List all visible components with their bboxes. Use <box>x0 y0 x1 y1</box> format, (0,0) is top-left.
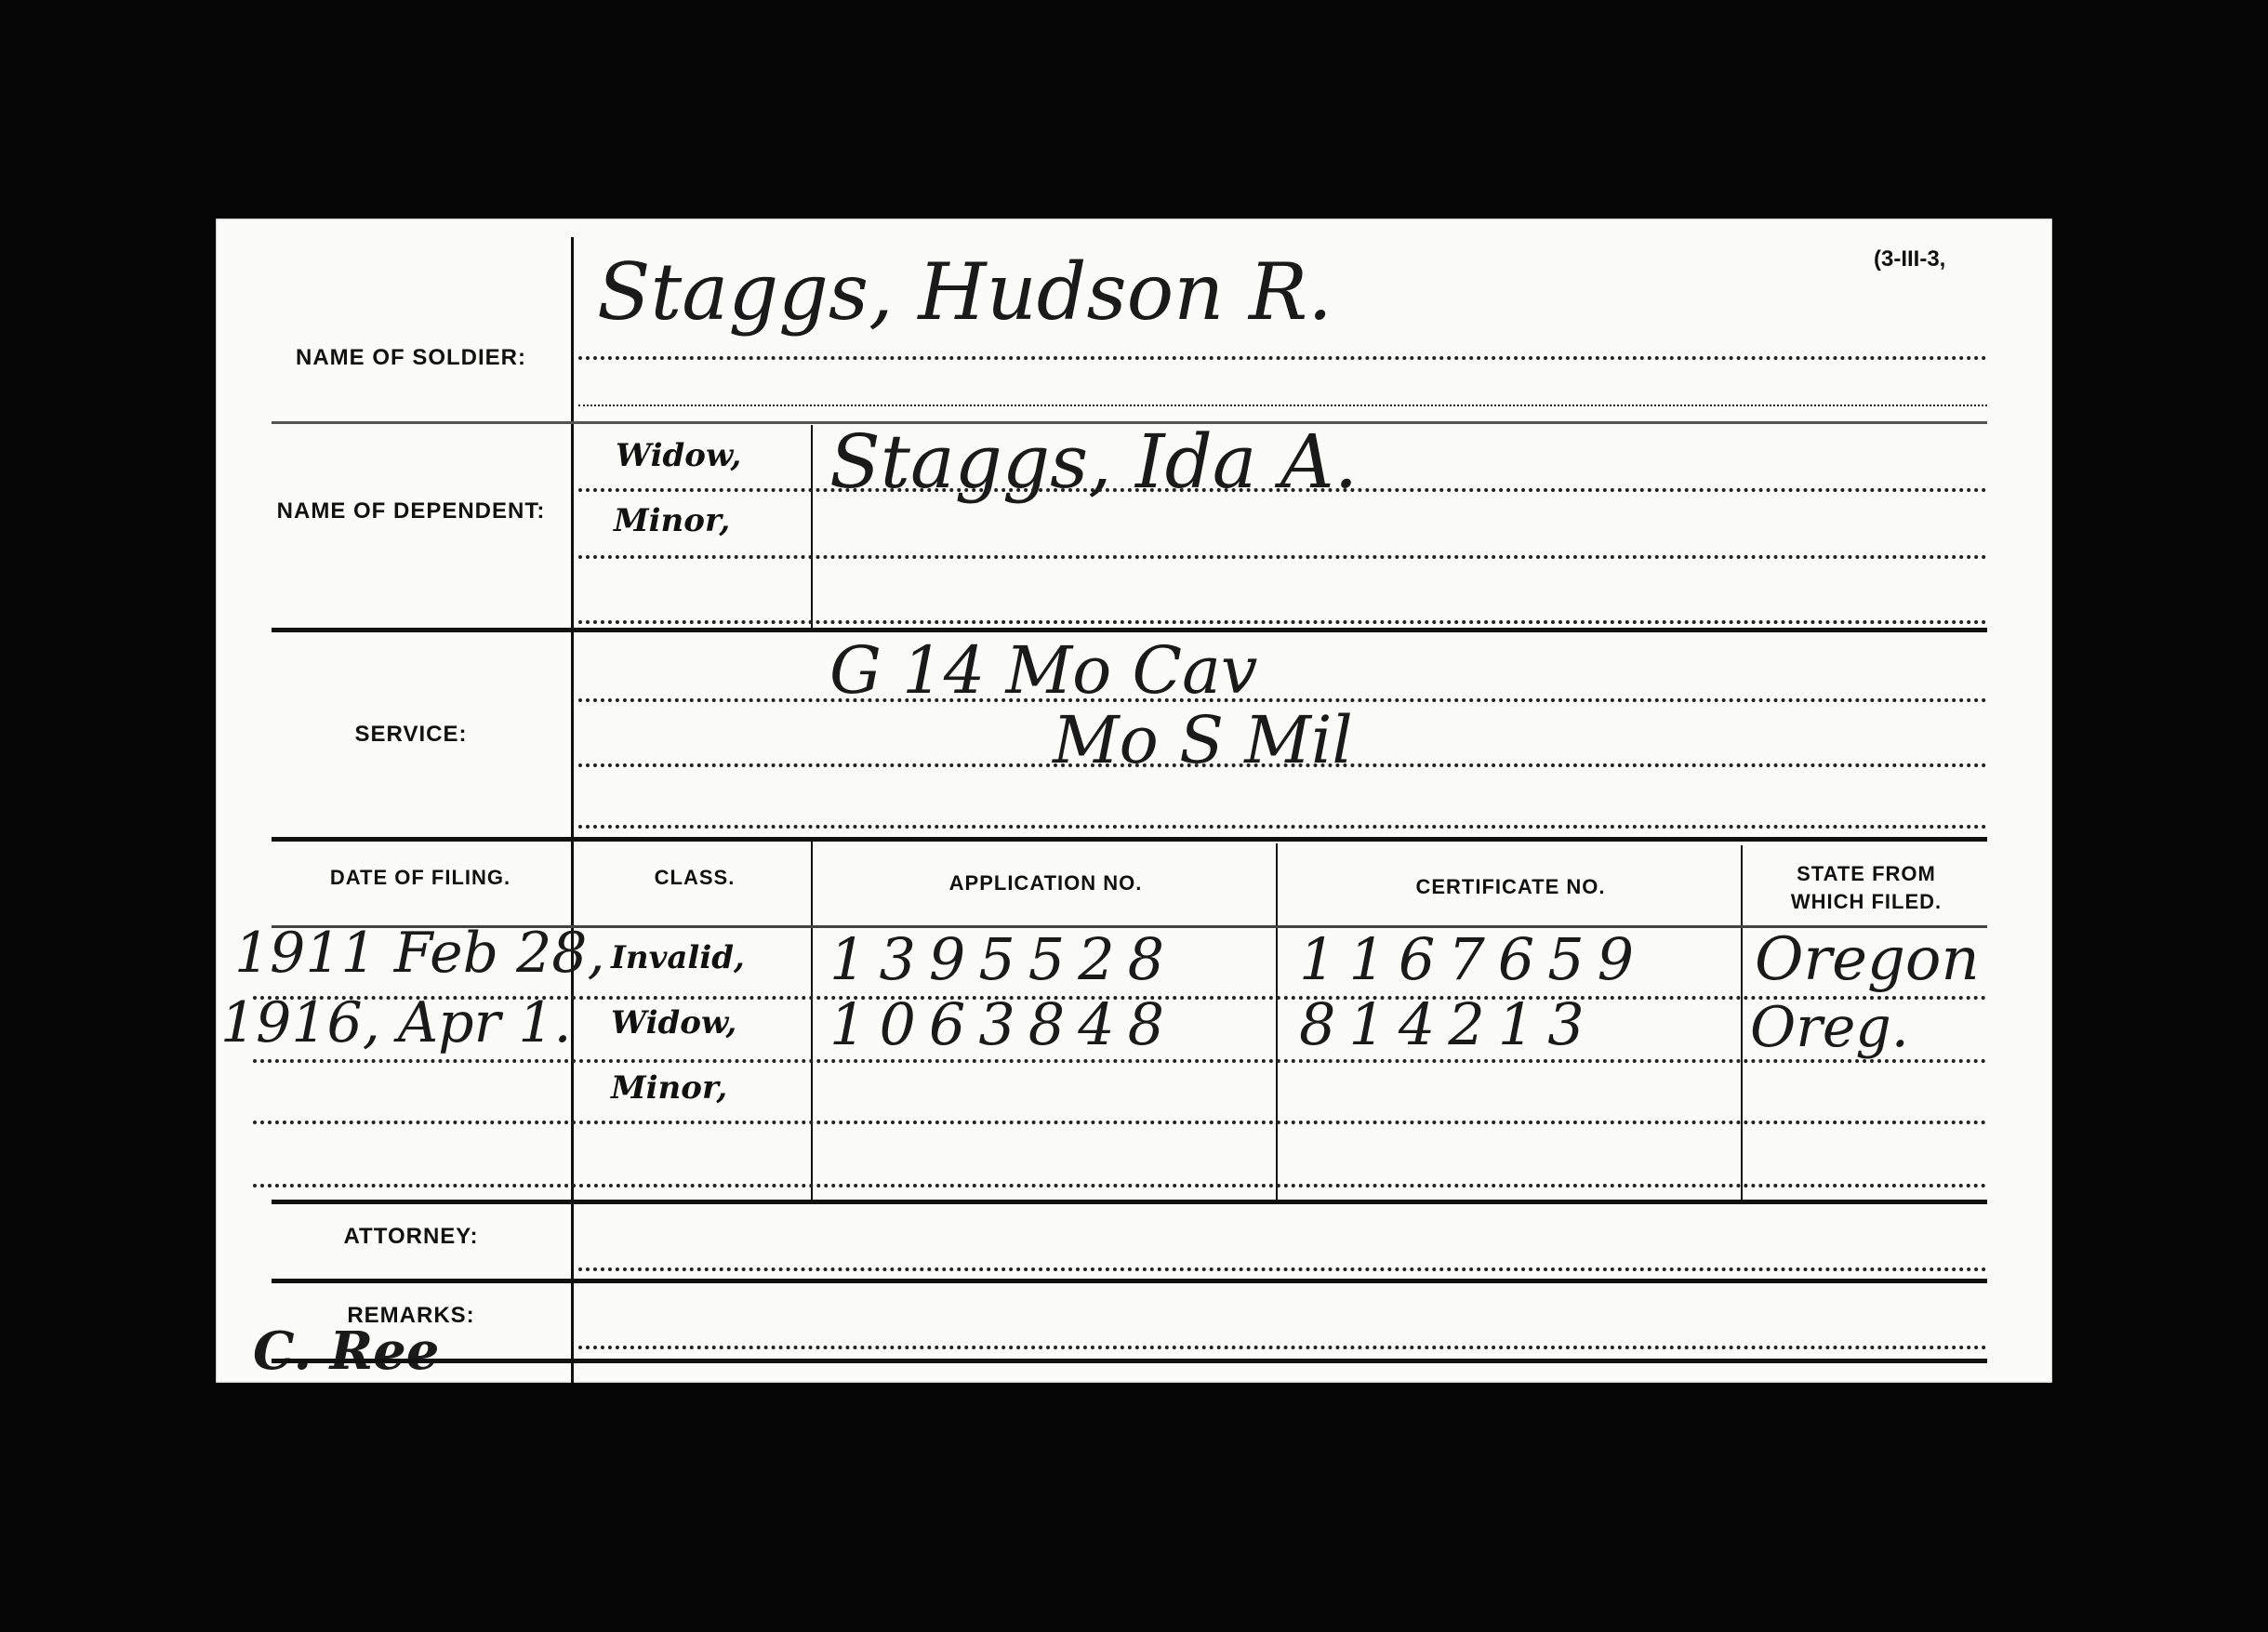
header-date-of-filing: DATE OF FILING. <box>272 864 569 892</box>
row1-class: Invalid, <box>611 939 745 976</box>
row1-state: Oregon <box>1755 925 1980 994</box>
header-class: CLASS. <box>578 864 811 892</box>
row1-date: 1911 Feb 28, <box>234 921 605 986</box>
header-certificate-no: CERTIFICATE NO. <box>1280 873 1741 901</box>
table-divider-class <box>811 842 813 1200</box>
row1-certificate-no: 1167659 <box>1299 925 1647 993</box>
table-bottom-rule <box>272 1200 1987 1204</box>
header-application-no: APPLICATION NO. <box>816 869 1276 897</box>
row2-application-no: 1063848 <box>829 990 1177 1058</box>
soldier-name-line-2 <box>578 405 1987 406</box>
remarks-value: C. Ree <box>253 1320 439 1382</box>
service-line-3-rule <box>578 825 1987 829</box>
row2-certificate-no: 814213 <box>1299 990 1598 1058</box>
dependent-class-minor: Minor, <box>614 502 730 539</box>
service-label: SERVICE: <box>272 721 550 749</box>
attorney-line <box>578 1267 1987 1271</box>
remarks-line <box>578 1346 1987 1349</box>
remarks-section-rule <box>272 1359 1987 1363</box>
row3-class: Minor, <box>611 1069 727 1107</box>
dependent-line-1 <box>578 488 1987 492</box>
form-code: (3-III-3, <box>1874 246 1945 272</box>
service-line-1-rule <box>578 698 1987 702</box>
dependent-class-widow: Widow, <box>616 437 741 474</box>
row2-state: Oreg. <box>1750 995 1909 1060</box>
dependent-class-divider <box>811 425 813 631</box>
service-line-2-rule <box>578 763 1987 767</box>
name-of-dependent-label: NAME OF DEPENDENT: <box>272 498 550 525</box>
header-state-from-which-filed: STATE FROM WHICH FILED. <box>1759 860 1973 916</box>
row4-rule <box>253 1184 1987 1188</box>
soldier-name-line <box>578 356 1987 360</box>
service-section-rule <box>272 837 1987 842</box>
dependent-line-3 <box>578 620 1987 624</box>
left-column-divider <box>571 237 574 1383</box>
row2-rule <box>253 1059 1987 1063</box>
soldier-name: Staggs, Hudson R. <box>597 246 1333 338</box>
attorney-section-rule <box>272 1279 1987 1283</box>
table-divider-certificate <box>1741 845 1743 1203</box>
dependent-name: Staggs, Ida A. <box>829 418 1358 505</box>
name-of-soldier-label: NAME OF SOLDIER: <box>272 344 550 372</box>
row1-application-no: 1395528 <box>829 925 1177 993</box>
service-line-1: G 14 Mo Cav <box>829 632 1257 709</box>
row2-date: 1916, Apr 1. <box>220 990 572 1055</box>
row2-class: Widow, <box>611 1004 736 1042</box>
attorney-label: ATTORNEY: <box>272 1223 550 1251</box>
pension-index-card: (3-III-3, NAME OF SOLDIER: Staggs, Hudso… <box>216 219 2052 1383</box>
row3-rule <box>253 1121 1987 1124</box>
dependent-line-2 <box>578 555 1987 559</box>
table-divider-application <box>1276 843 1278 1201</box>
